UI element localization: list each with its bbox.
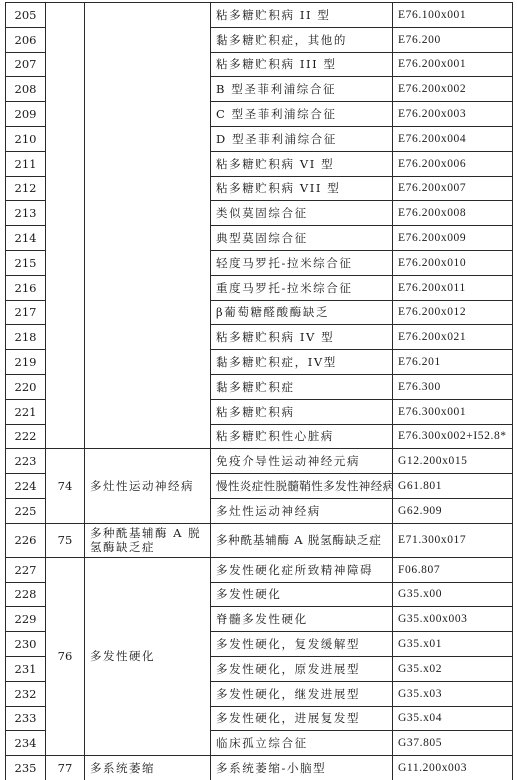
diagnosis-code: E76.300x001 bbox=[393, 399, 513, 424]
diagnosis-name: B 型圣菲利浦综合征 bbox=[211, 77, 393, 102]
diagnosis-code: E76.200x008 bbox=[393, 201, 513, 226]
row-seq: 235 bbox=[6, 756, 46, 780]
diagnosis-name: 黏多糖贮积症 bbox=[211, 374, 393, 399]
diagnosis-name: 多发性硬化，原发进展型 bbox=[211, 656, 393, 681]
diagnosis-code: E71.300x017 bbox=[393, 523, 513, 557]
diagnosis-name: 临床孤立综合征 bbox=[211, 731, 393, 756]
row-seq: 209 bbox=[6, 102, 46, 127]
diagnosis-name: C 型圣菲利浦综合征 bbox=[211, 102, 393, 127]
group-number: 74 bbox=[46, 449, 85, 523]
group-name: 多发性硬化 bbox=[85, 557, 211, 755]
diagnosis-name: 多发性硬化，进展复发型 bbox=[211, 706, 393, 731]
row-seq: 225 bbox=[6, 498, 46, 523]
diagnosis-code: G11.200x003 bbox=[393, 756, 513, 780]
diagnosis-code: E76.200x021 bbox=[393, 325, 513, 350]
row-seq: 231 bbox=[6, 656, 46, 681]
group-number: 75 bbox=[46, 523, 85, 557]
row-seq: 229 bbox=[6, 607, 46, 632]
diagnosis-code: E76.300 bbox=[393, 374, 513, 399]
group-name: 多系统萎缩 bbox=[85, 756, 211, 780]
diagnosis-code: G35.x04 bbox=[393, 706, 513, 731]
table-row: 227 76 多发性硬化 多发性硬化症所致精神障碍 F06.807 bbox=[6, 557, 513, 582]
diagnosis-code: G35.x01 bbox=[393, 632, 513, 657]
diagnosis-code: E76.200x004 bbox=[393, 126, 513, 151]
row-seq: 212 bbox=[6, 176, 46, 201]
row-seq: 233 bbox=[6, 706, 46, 731]
row-seq: 207 bbox=[6, 52, 46, 77]
diagnosis-code: E76.200x012 bbox=[393, 300, 513, 325]
diagnosis-code: E76.201 bbox=[393, 350, 513, 375]
row-seq: 215 bbox=[6, 250, 46, 275]
diagnosis-code: E76.100x001 bbox=[393, 3, 513, 28]
diagnosis-code: E76.200x007 bbox=[393, 176, 513, 201]
row-seq: 234 bbox=[6, 731, 46, 756]
group-number: 76 bbox=[46, 557, 85, 755]
row-seq: 222 bbox=[6, 424, 46, 449]
diagnosis-name: 黏多糖贮积症，其他的 bbox=[211, 27, 393, 52]
diagnosis-name: 轻度马罗托-拉米综合征 bbox=[211, 250, 393, 275]
diagnosis-name: 粘多糖贮积病 II 型 bbox=[211, 3, 393, 28]
diagnosis-name: 粘多糖贮积病 IV 型 bbox=[211, 325, 393, 350]
diagnosis-code: E76.300x002+I52.8* bbox=[393, 424, 513, 449]
row-seq: 214 bbox=[6, 226, 46, 251]
row-seq: 205 bbox=[6, 3, 46, 28]
group-name: 多种酰基辅酶 A 脱氢酶缺乏症 bbox=[85, 523, 211, 557]
diagnosis-code: F06.807 bbox=[393, 557, 513, 582]
row-seq: 217 bbox=[6, 300, 46, 325]
row-seq: 216 bbox=[6, 275, 46, 300]
diagnosis-code: G35.x00x003 bbox=[393, 607, 513, 632]
rare-disease-diagnosis-table: 205 粘多糖贮积病 II 型 E76.100x001 206 黏多糖贮积症，其… bbox=[5, 2, 513, 780]
row-seq: 219 bbox=[6, 350, 46, 375]
diagnosis-code: G35.x03 bbox=[393, 681, 513, 706]
row-seq: 232 bbox=[6, 681, 46, 706]
diagnosis-name: 黏多糖贮积症，IV型 bbox=[211, 350, 393, 375]
diagnosis-name: 粘多糖贮积病 VII 型 bbox=[211, 176, 393, 201]
diagnosis-name: β葡萄糖醛酸酶缺乏 bbox=[211, 300, 393, 325]
diagnosis-code: E76.200x006 bbox=[393, 151, 513, 176]
row-seq: 224 bbox=[6, 474, 46, 499]
diagnosis-name: 类似莫固综合征 bbox=[211, 201, 393, 226]
diagnosis-code: E76.200 bbox=[393, 27, 513, 52]
table-row: 223 74 多灶性运动神经病 免疫介导性运动神经元病 G12.200x015 bbox=[6, 449, 513, 474]
group-name: 多灶性运动神经病 bbox=[85, 449, 211, 523]
row-seq: 210 bbox=[6, 126, 46, 151]
group-name bbox=[85, 3, 211, 449]
diagnosis-code: E76.200x003 bbox=[393, 102, 513, 127]
diagnosis-code: E76.200x002 bbox=[393, 77, 513, 102]
diagnosis-name: 粘多糖贮积病 bbox=[211, 399, 393, 424]
row-seq: 211 bbox=[6, 151, 46, 176]
row-seq: 230 bbox=[6, 632, 46, 657]
row-seq: 218 bbox=[6, 325, 46, 350]
diagnosis-code: G61.801 bbox=[393, 474, 513, 499]
group-number bbox=[46, 3, 85, 449]
diagnosis-name: 多发性硬化，继发进展型 bbox=[211, 681, 393, 706]
diagnosis-name: 多种酰基辅酶 A 脱氢酶缺乏症 bbox=[211, 523, 393, 557]
diagnosis-name: 重度马罗托-拉米综合征 bbox=[211, 275, 393, 300]
diagnosis-code: E76.200x010 bbox=[393, 250, 513, 275]
diagnosis-code: G35.x00 bbox=[393, 582, 513, 607]
diagnosis-name: 典型莫固综合征 bbox=[211, 226, 393, 251]
table-row: 205 粘多糖贮积病 II 型 E76.100x001 bbox=[6, 3, 513, 28]
table-row: 235 77 多系统萎缩 多系统萎缩-小脑型 G11.200x003 bbox=[6, 756, 513, 780]
diagnosis-name: 多系统萎缩-小脑型 bbox=[211, 756, 393, 780]
row-seq: 213 bbox=[6, 201, 46, 226]
diagnosis-name: 粘多糖贮积病 VI 型 bbox=[211, 151, 393, 176]
diagnosis-name: 脊髓多发性硬化 bbox=[211, 607, 393, 632]
diagnosis-code: G62.909 bbox=[393, 498, 513, 523]
diagnosis-name: 多发性硬化症所致精神障碍 bbox=[211, 557, 393, 582]
row-seq: 223 bbox=[6, 449, 46, 474]
diagnosis-name: 多发性硬化 bbox=[211, 582, 393, 607]
diagnosis-name: 免疫介导性运动神经元病 bbox=[211, 449, 393, 474]
diagnosis-name: 粘多糖贮积性心脏病 bbox=[211, 424, 393, 449]
group-number: 77 bbox=[46, 756, 85, 780]
row-seq: 206 bbox=[6, 27, 46, 52]
diagnosis-code: E76.200x001 bbox=[393, 52, 513, 77]
diagnosis-name: 多发性硬化，复发缓解型 bbox=[211, 632, 393, 657]
diagnosis-name: D 型圣菲利浦综合征 bbox=[211, 126, 393, 151]
row-seq: 220 bbox=[6, 374, 46, 399]
diagnosis-code: E76.200x009 bbox=[393, 226, 513, 251]
diagnosis-name: 粘多糖贮积病 III 型 bbox=[211, 52, 393, 77]
table-row: 226 75 多种酰基辅酶 A 脱氢酶缺乏症 多种酰基辅酶 A 脱氢酶缺乏症 E… bbox=[6, 523, 513, 557]
diagnosis-code: G35.x02 bbox=[393, 656, 513, 681]
row-seq: 226 bbox=[6, 523, 46, 557]
diagnosis-code: G12.200x015 bbox=[393, 449, 513, 474]
row-seq: 208 bbox=[6, 77, 46, 102]
row-seq: 221 bbox=[6, 399, 46, 424]
row-seq: 228 bbox=[6, 582, 46, 607]
row-seq: 227 bbox=[6, 557, 46, 582]
diagnosis-name: 多灶性运动神经病 bbox=[211, 498, 393, 523]
diagnosis-code: G37.805 bbox=[393, 731, 513, 756]
diagnosis-name: 慢性炎症性脱髓鞘性多发性神经病 bbox=[211, 474, 393, 499]
diagnosis-code: E76.200x011 bbox=[393, 275, 513, 300]
